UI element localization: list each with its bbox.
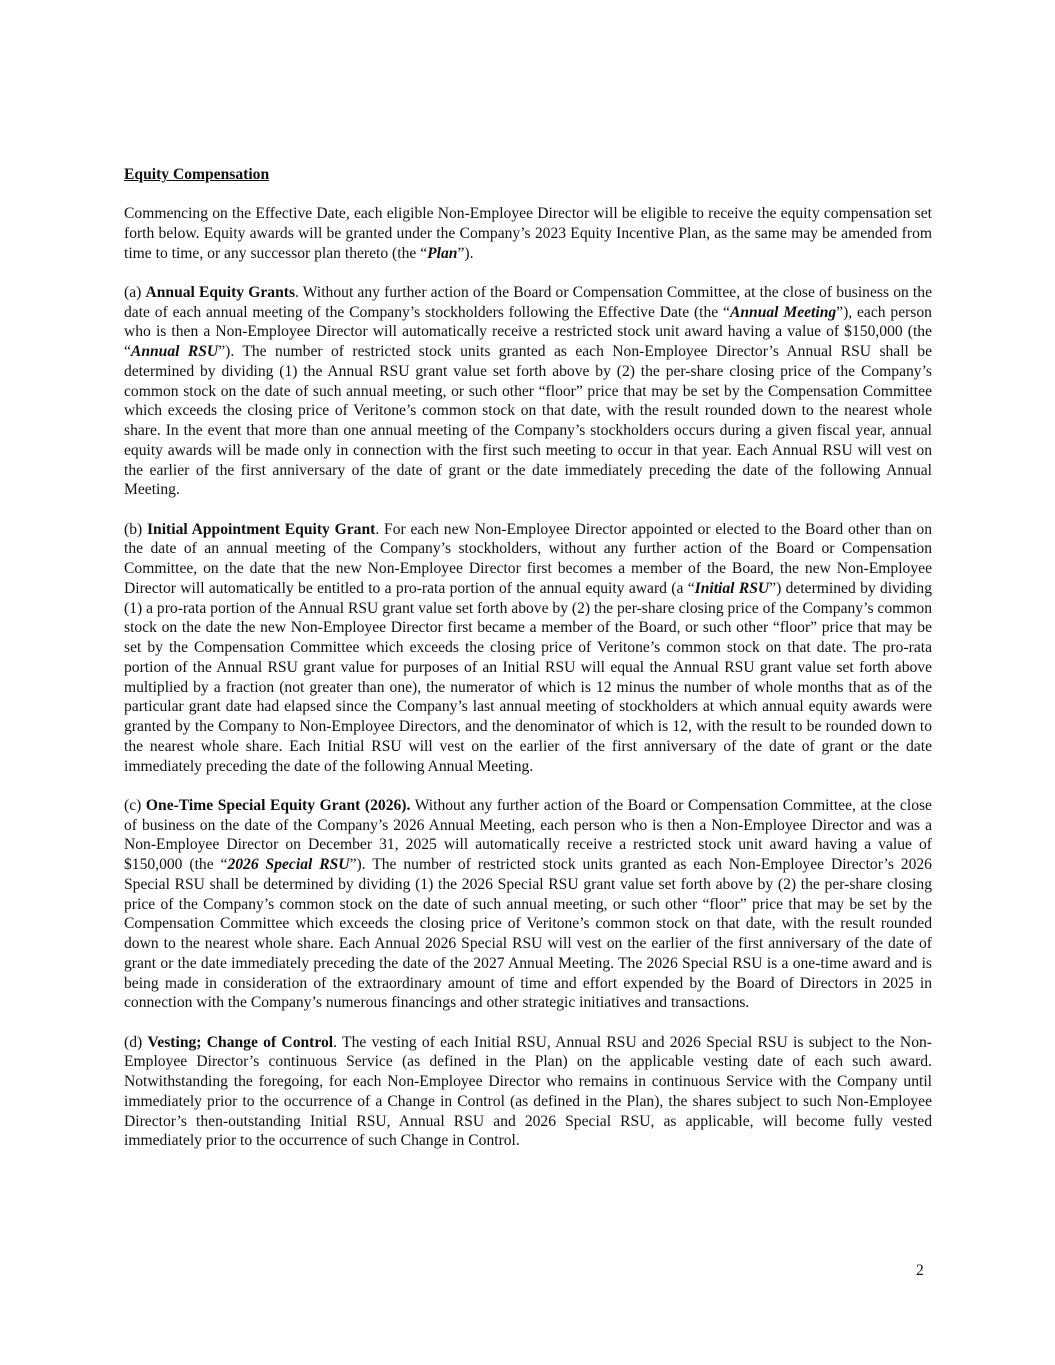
paragraph-label: (a): [124, 284, 145, 301]
defined-term-annual-meeting: Annual Meeting: [730, 304, 836, 321]
paragraph-special-equity-grant: (c) One-Time Special Equity Grant (2026)…: [124, 796, 932, 1013]
defined-term-2026-special-rsu: 2026 Special RSU: [227, 856, 349, 873]
paragraph-initial-appointment-grant: (b) Initial Appointment Equity Grant. Fo…: [124, 520, 932, 777]
paragraph-text: ”). The number of restricted stock units…: [124, 856, 932, 1011]
defined-term-plan: Plan: [427, 245, 457, 262]
paragraph-label: (d): [124, 1034, 147, 1051]
paragraph-title: Annual Equity Grants: [145, 284, 295, 301]
paragraph-label: (b): [124, 521, 147, 538]
page-number: 2: [916, 1261, 924, 1281]
paragraph-title: Initial Appointment Equity Grant: [147, 521, 375, 538]
paragraph-text: ”). The number of restricted stock units…: [124, 343, 932, 498]
paragraph-annual-equity-grants: (a) Annual Equity Grants. Without any fu…: [124, 283, 932, 500]
intro-paragraph: Commencing on the Effective Date, each e…: [124, 204, 932, 263]
paragraph-title: Vesting; Change of Control: [147, 1034, 333, 1051]
paragraph-vesting-change-of-control: (d) Vesting; Change of Control. The vest…: [124, 1033, 932, 1152]
intro-text: Commencing on the Effective Date, each e…: [124, 205, 932, 262]
defined-term-annual-rsu: Annual RSU: [131, 343, 218, 360]
section-heading: Equity Compensation: [124, 165, 932, 185]
paragraph-label: (c): [124, 797, 146, 814]
defined-term-initial-rsu: Initial RSU: [695, 580, 770, 597]
paragraph-text: ”) determined by dividing (1) a pro-rata…: [124, 580, 932, 775]
paragraph-title: One-Time Special Equity Grant (2026).: [146, 797, 411, 814]
document-page: Equity Compensation Commencing on the Ef…: [124, 165, 932, 1171]
intro-text-end: ”).: [457, 245, 473, 262]
